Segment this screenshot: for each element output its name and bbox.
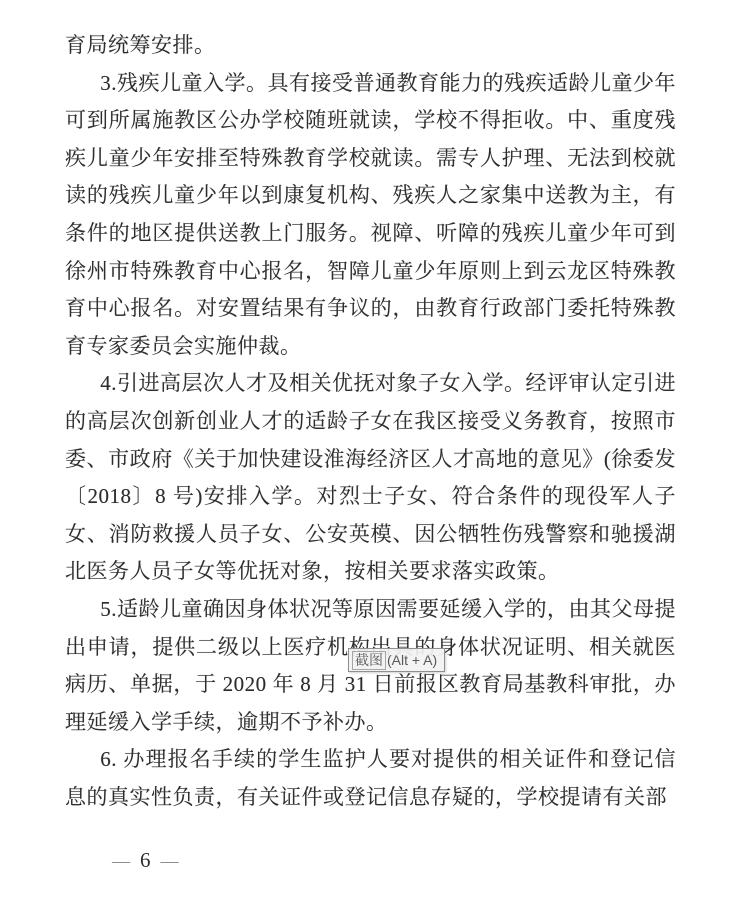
- footer-dash-right: —: [161, 852, 179, 870]
- paragraph: 育局统筹安排。: [65, 27, 676, 65]
- page-footer: — 6 —: [112, 848, 179, 873]
- paragraph: 6. 办理报名手续的学生监护人要对提供的相关证件和登记信息的真实性负责，有关证件…: [65, 741, 676, 816]
- document-body: 育局统筹安排。3.残疾儿童入学。具有接受普通教育能力的残疾适龄儿童少年可到所属施…: [65, 27, 676, 816]
- document-viewport: { "page": { "paragraphs": [ { "indent": …: [0, 0, 740, 902]
- screenshot-button-label: 截图: [352, 651, 386, 670]
- screenshot-tooltip: 截图(Alt + A): [348, 648, 445, 672]
- paragraph: 3.残疾儿童入学。具有接受普通教育能力的残疾适龄儿童少年可到所属施教区公办学校随…: [65, 65, 676, 366]
- screenshot-shortcut: (Alt + A): [387, 652, 437, 668]
- paragraph: 4.引进高层次人才及相关优抚对象子女入学。经评审认定引进的高层次创新创业人才的适…: [65, 365, 676, 591]
- footer-dash-left: —: [112, 852, 130, 870]
- page-number: 6: [140, 848, 151, 873]
